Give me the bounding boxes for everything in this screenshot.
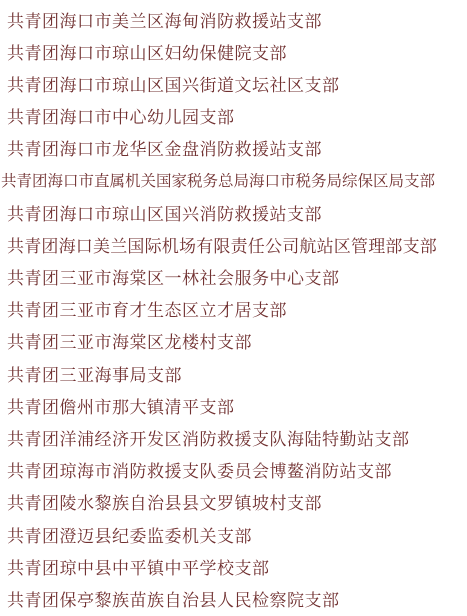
branch-name-line: 共青团海口市龙华区金盘消防救援站支部 bbox=[0, 132, 467, 164]
branch-name-line: 共青团三亚海事局支部 bbox=[0, 357, 467, 389]
branch-name-line: 共青团海口市琼山区妇幼保健院支部 bbox=[0, 35, 467, 67]
branch-name-line: 共青团海口市美兰区海甸消防救援站支部 bbox=[0, 3, 467, 35]
branch-name-line: 共青团陵水黎族自治县县文罗镇坡村支部 bbox=[0, 486, 467, 518]
branch-name-line: 共青团海口市直属机关国家税务总局海口市税务局综保区局支部 bbox=[0, 164, 467, 196]
branch-name-line: 共青团儋州市那大镇清平支部 bbox=[0, 389, 467, 421]
branch-name-line: 共青团海口市中心幼儿园支部 bbox=[0, 100, 467, 132]
branch-name-line: 共青团海口市琼山区国兴街道文坛社区支部 bbox=[0, 67, 467, 99]
branch-name-line: 共青团海口美兰国际机场有限责任公司航站区管理部支部 bbox=[0, 228, 467, 260]
branch-name-line: 共青团琼海市消防救援支队委员会博鳌消防站支部 bbox=[0, 454, 467, 486]
branch-name-line: 共青团三亚市海棠区龙楼村支部 bbox=[0, 325, 467, 357]
branch-name-line: 共青团三亚市育才生态区立才居支部 bbox=[0, 293, 467, 325]
branch-name-line: 共青团保亭黎族苗族自治县人民检察院支部 bbox=[0, 582, 467, 614]
document-page: 共青团海口市美兰区海甸消防救援站支部 共青团海口市琼山区妇幼保健院支部 共青团海… bbox=[0, 0, 467, 616]
branch-name-line: 共青团澄迈县纪委监委机关支部 bbox=[0, 518, 467, 550]
branch-name-line: 共青团海口市琼山区国兴消防救援站支部 bbox=[0, 196, 467, 228]
branch-name-line: 共青团三亚市海棠区一林社会服务中心支部 bbox=[0, 261, 467, 293]
branch-name-line: 共青团洋浦经济开发区消防救援支队海陆特勤站支部 bbox=[0, 421, 467, 453]
branch-name-line: 共青团琼中县中平镇中平学校支部 bbox=[0, 550, 467, 582]
